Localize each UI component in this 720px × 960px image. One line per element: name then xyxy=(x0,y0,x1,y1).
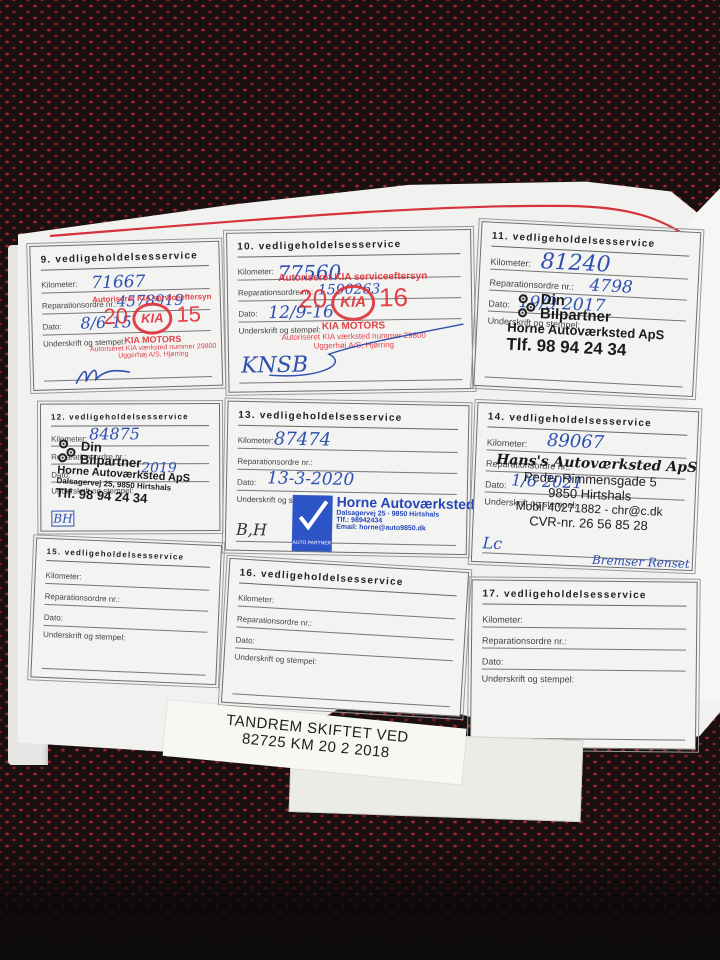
service-grid: 9. vedligeholdelsesservice Kilometer: Re… xyxy=(28,223,702,768)
bilpartner-stamp: Din Bilpartner Horne Autoværksted ApS Da… xyxy=(55,438,192,509)
service-card-13: 13. vedligeholdelsesservice Kilometer: R… xyxy=(225,401,470,556)
card-title: 13. vedligeholdelsesservice xyxy=(238,410,458,430)
repair-order-value: 4798 xyxy=(589,276,633,298)
kia-logo-icon: KIA xyxy=(331,284,375,321)
signature-scribble-icon xyxy=(74,362,135,386)
signature-line xyxy=(236,541,456,546)
card-title: 17. vedligeholdelsesservice xyxy=(482,588,686,606)
signature-loop-icon xyxy=(259,322,470,385)
service-card-10: 10. vedligeholdelsesservice Kilometer: R… xyxy=(226,229,473,393)
service-card-9: 9. vedligeholdelsesservice Kilometer: Re… xyxy=(29,241,223,391)
kilometer-label: Kilometer: xyxy=(482,606,686,629)
service-card-14: 14. vedligeholdelsesservice Kilometer: R… xyxy=(471,402,700,571)
kilometer-value: 87474 xyxy=(274,428,332,450)
service-card-17: 17. vedligeholdelsesservice Kilometer: R… xyxy=(470,579,698,749)
stamp-line: Email: horne@auto9850.dk xyxy=(336,524,474,534)
kia-logo-icon: KIA xyxy=(132,302,173,335)
stamp-year-left: 20 xyxy=(298,283,327,313)
signature-value: Lc xyxy=(482,533,502,553)
signature-value: BH xyxy=(51,511,74,527)
bilpartner-stamp: Din Bilpartner Horne Autoværksted ApS Tl… xyxy=(516,292,666,362)
seat-shadow xyxy=(0,840,720,960)
service-card-11: 11. vedligeholdelsesservice Kilometer: R… xyxy=(473,221,701,397)
badge-text: AUTO PARTNER xyxy=(292,540,332,547)
horne-stamp: Horne Autoværksted Dalsagervej 25 · 9850… xyxy=(336,494,475,534)
signature-value: B,H xyxy=(236,520,267,540)
service-note: Bremser Renset xyxy=(592,553,690,571)
kia-service-stamp: Autoriseret KIA serviceeftersyn 20KIA15 … xyxy=(72,291,234,360)
date-value: 13-3-2020 xyxy=(267,468,355,490)
bilpartner-logo-icon xyxy=(518,294,537,319)
signature-label: Underskrift og stempel: xyxy=(482,669,686,685)
stamp-year-right: 16 xyxy=(379,282,408,312)
bilpartner-logo-icon xyxy=(58,439,78,464)
auto-partner-badge: AUTO PARTNER xyxy=(292,495,333,552)
checkmark-icon xyxy=(292,495,333,536)
date-label: Dato: xyxy=(482,648,686,671)
kilometer-value: 81240 xyxy=(540,249,611,278)
service-card-15: 15. vedligeholdelsesservice Kilometer: R… xyxy=(30,538,222,686)
card-title: 10. vedligeholdelsesservice xyxy=(237,238,460,258)
signature-line xyxy=(42,668,206,676)
kilometer-value: 71667 xyxy=(91,272,146,294)
service-card-12: 12. vedligeholdelsesservice Kilometer: R… xyxy=(40,403,220,532)
service-card-16: 16. vedligeholdelsesservice Kilometer: R… xyxy=(221,558,469,717)
card-title: 9. vedligeholdelsesservice xyxy=(41,250,209,271)
signature-line xyxy=(485,376,683,387)
signature-line xyxy=(232,693,450,707)
kilometer-value: 89067 xyxy=(547,430,605,453)
hans-autovaerksted-stamp: Hans's Autoværksted ApS Peder Rimmensgad… xyxy=(493,452,686,535)
repair-order-label: Reparationsordre nr.: xyxy=(482,627,686,650)
stamp-year-right: 15 xyxy=(176,301,201,327)
stamp-year-left: 20 xyxy=(103,303,128,329)
